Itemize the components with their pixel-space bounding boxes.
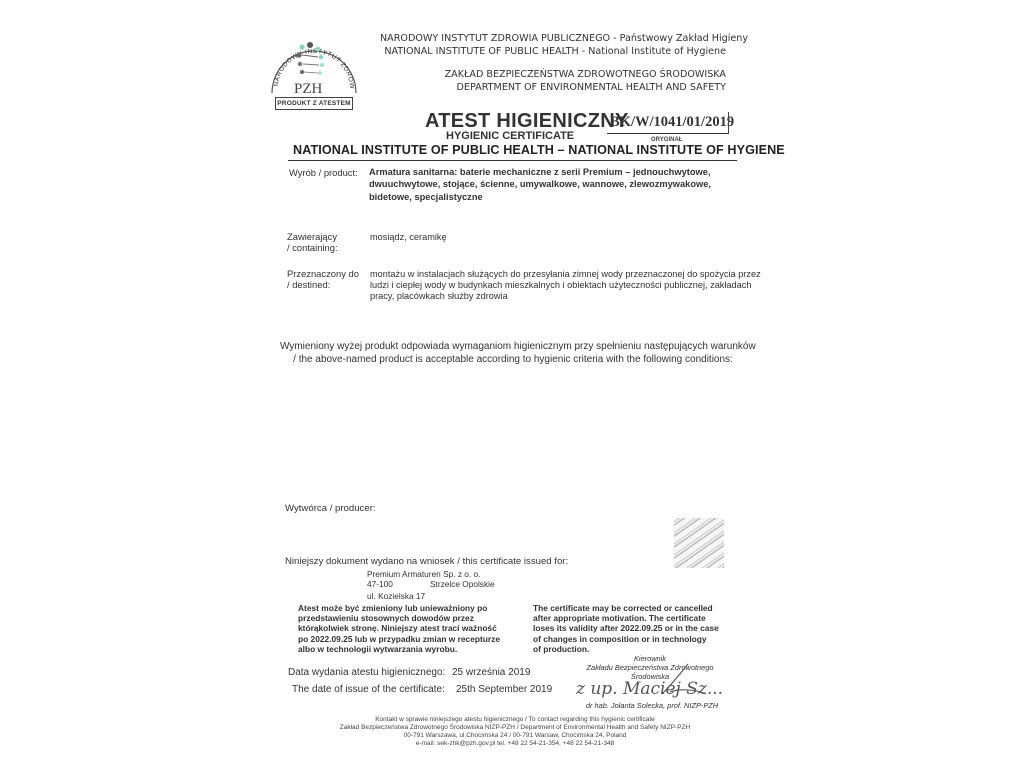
validity-text-en: The certificate may be corrected or canc… — [533, 603, 719, 654]
institute-title: NATIONAL INSTITUTE OF PUBLIC HEALTH – NA… — [293, 143, 785, 157]
issued-for-label: Niniejszy dokument wydano na wniosek / t… — [285, 556, 568, 567]
product-label: Wyrób / product: — [289, 167, 358, 178]
certificate-page: NARODOWY INSTYTUT ZDROWIA PUBLICZNEGO PZ… — [0, 0, 1024, 768]
product-value: Armatura sanitarna: baterie mechaniczne … — [369, 166, 711, 203]
logo-mark: PZH — [294, 81, 322, 98]
validity-text-pl: Atest może być zmieniony lub unieważnion… — [298, 603, 500, 654]
logo-badge: PRODUKT Z ATESTEM — [275, 97, 353, 110]
company-street: ul. Kozielska 17 — [367, 591, 425, 601]
company-name: Premium Armaturen Sp. z o. o. — [367, 569, 480, 579]
issue-date-pl-label: Data wydania atestu higienicznego: — [288, 667, 445, 678]
certificate-subtitle: HYGIENIC CERTIFICATE — [446, 130, 574, 142]
company-postcode: 47-100 — [367, 579, 393, 589]
title-rule — [288, 160, 737, 161]
company-city: Strzelce Opolskie — [430, 579, 495, 589]
contact-footer: Kontakt w sprawie niniejszego atestu hig… — [290, 716, 740, 748]
hologram-stamp — [674, 518, 724, 568]
signature-stroke-icon — [640, 660, 710, 702]
destined-label: Przeznaczony do / destined: — [287, 268, 359, 290]
number-underline — [607, 133, 728, 134]
signatory-name: dr hab. Jolanta Solecka, prof. NIZP-PZH — [562, 701, 742, 710]
header-department-pl: ZAKŁAD BEZPIECZEŃSTWA ZDROWOTNEGO ŚRODOW… — [380, 69, 726, 80]
issue-date-pl-value: 25 września 2019 — [452, 667, 530, 678]
pzh-logo: NARODOWY INSTYTUT ZDROWIA PUBLICZNEGO PZ… — [258, 27, 370, 117]
header-department-en: DEPARTMENT OF ENVIRONMENTAL HEALTH AND S… — [380, 82, 726, 93]
header-institute-en: NATIONAL INSTITUTE OF PUBLIC HEALTH - Na… — [380, 46, 726, 57]
destined-value: montażu w instalacjach służących do prze… — [370, 269, 761, 302]
conditions-text: Wymieniony wyżej produkt odpowiada wymag… — [280, 341, 746, 366]
certificate-number: BK/W/1041/01/2019 — [610, 114, 734, 131]
containing-label: Zawierający / containing: — [287, 231, 338, 253]
number-box-border — [728, 112, 729, 134]
issue-date-en-label: The date of issue of the certificate: — [292, 684, 445, 695]
issue-date-en-value: 25th September 2019 — [456, 684, 552, 695]
header-institute-pl: NARODOWY INSTYTUT ZDROWIA PUBLICZNEGO - … — [380, 33, 726, 44]
containing-value: mosiądz, ceramikę — [370, 232, 447, 242]
producer-label: Wytwórca / producer: — [285, 503, 376, 514]
